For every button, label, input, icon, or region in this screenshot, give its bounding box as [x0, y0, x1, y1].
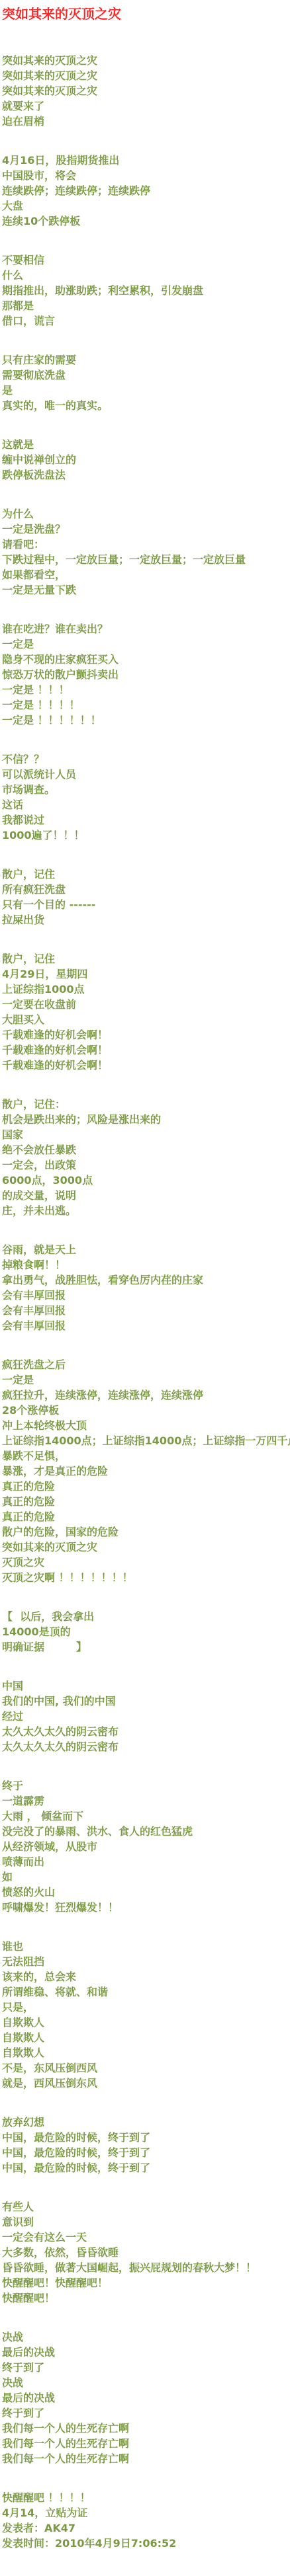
text-line: 掉粮食啊！！ [2, 1257, 289, 1272]
text-line: 散户，记住： [2, 1097, 289, 1112]
text-line: 只是， [2, 2000, 289, 2015]
text-line: 中国股市，将会 [2, 168, 289, 183]
text-line: 一定会有这么一天 [2, 2230, 289, 2245]
text-line: 机会是跌出来的；风险是涨出来的 [2, 1112, 289, 1127]
stanza: 为什么一定是洗盘？请看吧：下跌过程中，一定放巨量；一定放巨量；一定放巨量如果都看… [2, 506, 289, 598]
text-line: 就要来了 [2, 98, 289, 114]
text-line: 喷薄而出 [2, 1854, 289, 1869]
text-line: 散户的危险，国家的危险 [2, 1524, 289, 1540]
post-body: 突如其来的灭顶之灾突如其来的灭顶之灾突如其来的灭顶之灾就要来了迫在眉梢4月16日… [2, 53, 289, 2551]
text-line: 千载难逢的好机会啊！ [2, 1027, 289, 1042]
text-line: 需要彻底洗盘 [2, 368, 289, 383]
text-line: 突如其来的灭顶之灾 [2, 1540, 289, 1555]
text-line: 拿出勇气，战胜胆怯，看穿色厉内荏的庄家 [2, 1272, 289, 1288]
text-line: 会有丰厚回报 [2, 1318, 289, 1333]
stanza: 不信？？可以派统计人员市场调查。这话我都说过1000遍了！！！ [2, 752, 289, 843]
text-line: 不是，东风压倒西风 [2, 2060, 289, 2076]
text-line: 愤怒的火山 [2, 1885, 289, 1900]
text-line: 一定是 ！！！ [2, 682, 289, 697]
stanza: 突如其来的灭顶之灾突如其来的灭顶之灾突如其来的灭顶之灾就要来了迫在眉梢 [2, 53, 289, 129]
text-line: 大盘 [2, 198, 289, 214]
text-line: 14000是顶的 [2, 1624, 289, 1639]
text-line: 呼啸爆发！狂烈爆发！！ [2, 1900, 289, 1915]
text-line: 最后的决战 [2, 2390, 289, 2405]
text-line: 一定是 ！！！！！！ [2, 713, 289, 728]
text-line: 中国 [2, 1678, 289, 1694]
text-line: 大多数，依然，昏昏欲睡 [2, 2245, 289, 2260]
text-line: 真正的危险 [2, 1479, 289, 1494]
text-line: 发表者：AK47 [2, 2520, 289, 2536]
text-line: 昏昏欲睡，做著大国崛起，振兴屁规划的春秋大梦！！ [2, 2260, 289, 2275]
stanza: 散户，记住所有疯狂洗盘只有一个目的 ------拉屎出货 [2, 867, 289, 927]
text-line: 大胆买入 [2, 1012, 289, 1027]
text-line: 该来的，总会来 [2, 1969, 289, 1984]
text-line: 终于到了 [2, 2360, 289, 2375]
stanza: 有些人意识到一定会有这么一天大多数，依然，昏昏欲睡昏昏欲睡，做著大国崛起，振兴屁… [2, 2199, 289, 2306]
text-line: 无法阻挡 [2, 1954, 289, 1969]
text-line: 我们每一个人的生死存亡啊 [2, 2421, 289, 2436]
text-line: 上证综指1000点 [2, 982, 289, 997]
stanza: 谁在吃进？谁在卖出？一定是隐身不现的庄家疯狂买入惊恐万状的散户颤抖卖出一定是 ！… [2, 621, 289, 728]
text-line: 散户，记住 [2, 867, 289, 882]
text-line: 中国，最危险的时候，终于到了 [2, 2145, 289, 2160]
text-line: 惊恐万状的散户颤抖卖出 [2, 667, 289, 682]
text-line: 从经济领域，从股市 [2, 1839, 289, 1854]
text-line: 市场调查。 [2, 782, 289, 797]
text-line: 4月14，立贴为证 [2, 2505, 289, 2520]
text-line: 一定是无量下跌 [2, 582, 289, 598]
text-line: 一定是洗盘？ [2, 522, 289, 537]
text-line: 28个涨停板 [2, 1403, 289, 1418]
text-line: 所有疯狂洗盘 [2, 882, 289, 897]
text-line: 我们的中国, 我们的中国 [2, 1694, 289, 1709]
text-line: 千载难逢的好机会啊！ [2, 1042, 289, 1058]
stanza: 谷雨，就是天上掉粮食啊！！拿出勇气，战胜胆怯，看穿色厉内荏的庄家会有丰厚回报会有… [2, 1242, 289, 1333]
text-line: 谷雨，就是天上 [2, 1242, 289, 1257]
text-line: 1000遍了！！！ [2, 828, 289, 843]
text-line: 4月16日，股指期货推出 [2, 153, 289, 168]
text-line: 拉屎出货 [2, 912, 289, 927]
text-line: 突如其来的灭顶之灾 [2, 68, 289, 83]
text-line: 如 [2, 1869, 289, 1885]
text-line: 会有丰厚回报 [2, 1303, 289, 1318]
text-line: 明确证据 】 [2, 1639, 289, 1655]
text-line: 请看吧： [2, 537, 289, 552]
text-line: 什么 [2, 268, 289, 283]
text-line: 我们每一个人的生死存亡啊 [2, 2436, 289, 2451]
text-line: 连续10个跌停板 [2, 214, 289, 229]
text-line: 庄，并未出逃。 [2, 1203, 289, 1218]
text-line: 决战 [2, 2375, 289, 2390]
stanza: 快醒醒吧 ！！！！4月14，立贴为证发表者：AK47发表时间：2010年4月9日… [2, 2490, 289, 2551]
text-line: 我们每一个人的生死存亡啊 [2, 2451, 289, 2466]
text-line: 发表时间：2010年4月9日7:06:52 [2, 2536, 289, 2551]
text-line: 疯狂洗盘之后 [2, 1357, 289, 1372]
text-line: 自欺欺人 [2, 2030, 289, 2045]
text-line: 经过 [2, 1709, 289, 1724]
text-line: 期指推出，助涨助跌；利空累积，引发崩盘 [2, 283, 289, 298]
text-line: 我都说过 [2, 812, 289, 828]
stanza: 放弃幻想中国，最危险的时候，终于到了中国，最危险的时候，终于到了中国，最危险的时… [2, 2115, 289, 2175]
text-line: 中国，最危险的时候，终于到了 [2, 2160, 289, 2175]
text-line: 真正的危险 [2, 1509, 289, 1524]
text-line: 缠中说禅创立的 [2, 452, 289, 467]
text-line: 终于 [2, 1778, 289, 1793]
stanza: 这就是缠中说禅创立的跌停板洗盘法 [2, 437, 289, 483]
text-line: 快醒醒吧！ [2, 2290, 289, 2306]
text-line: 决战 [2, 2329, 289, 2345]
text-line: 灭顶之灾 [2, 1555, 289, 1570]
text-line: 自欺欺人 [2, 2045, 289, 2060]
stanza: 决战最后的决战终于到了决战最后的决战终于到了我们每一个人的生死存亡啊我们每一个人… [2, 2329, 289, 2466]
text-line: 隐身不现的庄家疯狂买入 [2, 652, 289, 667]
text-line: 【 以后，我会拿出 [2, 1609, 289, 1624]
text-line: 跌停板洗盘法 [2, 467, 289, 483]
text-line: 快醒醒吧 ！！！！ [2, 2490, 289, 2505]
text-line: 疯狂拉升，连续涨停，连续涨停，连续涨停 [2, 1387, 289, 1403]
text-line: 终于到了 [2, 2405, 289, 2421]
stanza: 只有庄家的需要需要彻底洗盘是真实的，唯一的真实。 [2, 352, 289, 413]
text-line: 一定是 [2, 637, 289, 652]
stanza: 【 以后，我会拿出14000是顶的明确证据 】 [2, 1609, 289, 1655]
text-line: 就是，西风压倒东风 [2, 2076, 289, 2091]
text-line: 一定是 ！！！！ [2, 697, 289, 713]
text-line: 灭顶之灾啊 ！！！！！！！ [2, 1570, 289, 1585]
forum-post-page: 突如其来的灭顶之灾 突如其来的灭顶之灾突如其来的灭顶之灾突如其来的灭顶之灾就要来… [0, 0, 290, 2576]
text-line: 散户，记住 [2, 951, 289, 966]
text-line: 如果都看空， [2, 567, 289, 582]
text-line: 不信？？ [2, 752, 289, 767]
text-line: 谁也 [2, 1939, 289, 1954]
text-line: 下跌过程中，一定放巨量；一定放巨量；一定放巨量 [2, 552, 289, 567]
stanza: 散户，记住：机会是跌出来的；风险是涨出来的国家绝不会放任暴跌一定会，出政策600… [2, 1097, 289, 1218]
text-line: 突如其来的灭顶之灾 [2, 53, 289, 68]
text-line: 快醒醒吧！快醒醒吧！ [2, 2275, 289, 2290]
text-line: 太久太久太久的阴云密布 [2, 1739, 289, 1754]
stanza: 谁也无法阻挡该来的，总会来所谓维稳、将就、和谐只是，自欺欺人自欺欺人自欺欺人不是… [2, 1939, 289, 2091]
text-line: 连续跌停；连续跌停；连续跌停 [2, 183, 289, 198]
text-line: 真实的，唯一的真实。 [2, 398, 289, 413]
stanza: 散户，记住4月29日，星期四上证综指1000点一定要在收盘前大胆买入千载难逢的好… [2, 951, 289, 1073]
text-line: 这就是 [2, 437, 289, 452]
text-line: 绝不会放任暴跌 [2, 1142, 289, 1157]
text-line: 最后的决战 [2, 2345, 289, 2360]
text-line: 那都是 [2, 298, 289, 313]
stanza: 终于一道霹雳大雨 ， 倾盆而下没完没了的暴雨、洪水、食人的红色猛虎从经济领域，从… [2, 1778, 289, 1915]
text-line: 意识到 [2, 2214, 289, 2230]
text-line: 6000点，3000点 [2, 1173, 289, 1188]
text-line: 有些人 [2, 2199, 289, 2214]
text-line: 暴涨，才是真正的危险 [2, 1464, 289, 1479]
text-line: 一定是 [2, 1372, 289, 1387]
text-line: 放弃幻想 [2, 2115, 289, 2130]
text-line: 一定要在收盘前 [2, 997, 289, 1012]
text-line: 一定会，出政策 [2, 1157, 289, 1173]
text-line: 会有丰厚回报 [2, 1288, 289, 1303]
text-line: 上证综指14000点；上证综指14000点；上证综指一万四千点 [2, 1433, 289, 1448]
text-line: 没完没了的暴雨、洪水、食人的红色猛虎 [2, 1824, 289, 1839]
text-line: 迫在眉梢 [2, 114, 289, 129]
text-line: 国家 [2, 1127, 289, 1142]
text-line: 太久太久太久的阴云密布 [2, 1724, 289, 1739]
text-line: 所谓维稳、将就、和谐 [2, 1984, 289, 2000]
text-line: 谁在吃进？谁在卖出？ [2, 621, 289, 637]
text-line: 暴跌不足惧， [2, 1448, 289, 1464]
text-line: 不要相信 [2, 253, 289, 268]
text-line: 借口，谎言 [2, 313, 289, 329]
text-line: 4月29日，星期四 [2, 966, 289, 982]
text-line: 自欺欺人 [2, 2015, 289, 2030]
stanza: 不要相信什么期指推出，助涨助跌；利空累积，引发崩盘那都是借口，谎言 [2, 253, 289, 329]
stanza: 中国我们的中国, 我们的中国经过太久太久太久的阴云密布太久太久太久的阴云密布 [2, 1678, 289, 1754]
text-line: 只有庄家的需要 [2, 352, 289, 368]
text-line: 一道霹雳 [2, 1793, 289, 1809]
text-line: 为什么 [2, 506, 289, 522]
text-line: 大雨 ， 倾盆而下 [2, 1809, 289, 1824]
stanza: 疯狂洗盘之后一定是疯狂拉升，连续涨停，连续涨停，连续涨停28个涨停板冲上本轮终极… [2, 1357, 289, 1585]
text-line: 这话 [2, 797, 289, 812]
text-line: 只有一个目的 ------ [2, 897, 289, 912]
text-line: 千载难逢的好机会啊！ [2, 1058, 289, 1073]
text-line: 中国，最危险的时候，终于到了 [2, 2130, 289, 2145]
stanza: 4月16日，股指期货推出中国股市，将会连续跌停；连续跌停；连续跌停大盘连续10个… [2, 153, 289, 229]
text-line: 的成交量，说明 [2, 1188, 289, 1203]
text-line: 冲上本轮终极大顶 [2, 1418, 289, 1433]
text-line: 突如其来的灭顶之灾 [2, 83, 289, 98]
text-line: 真正的危险 [2, 1494, 289, 1509]
post-title: 突如其来的灭顶之灾 [2, 5, 289, 22]
text-line: 可以派统计人员 [2, 767, 289, 782]
text-line: 是 [2, 383, 289, 398]
